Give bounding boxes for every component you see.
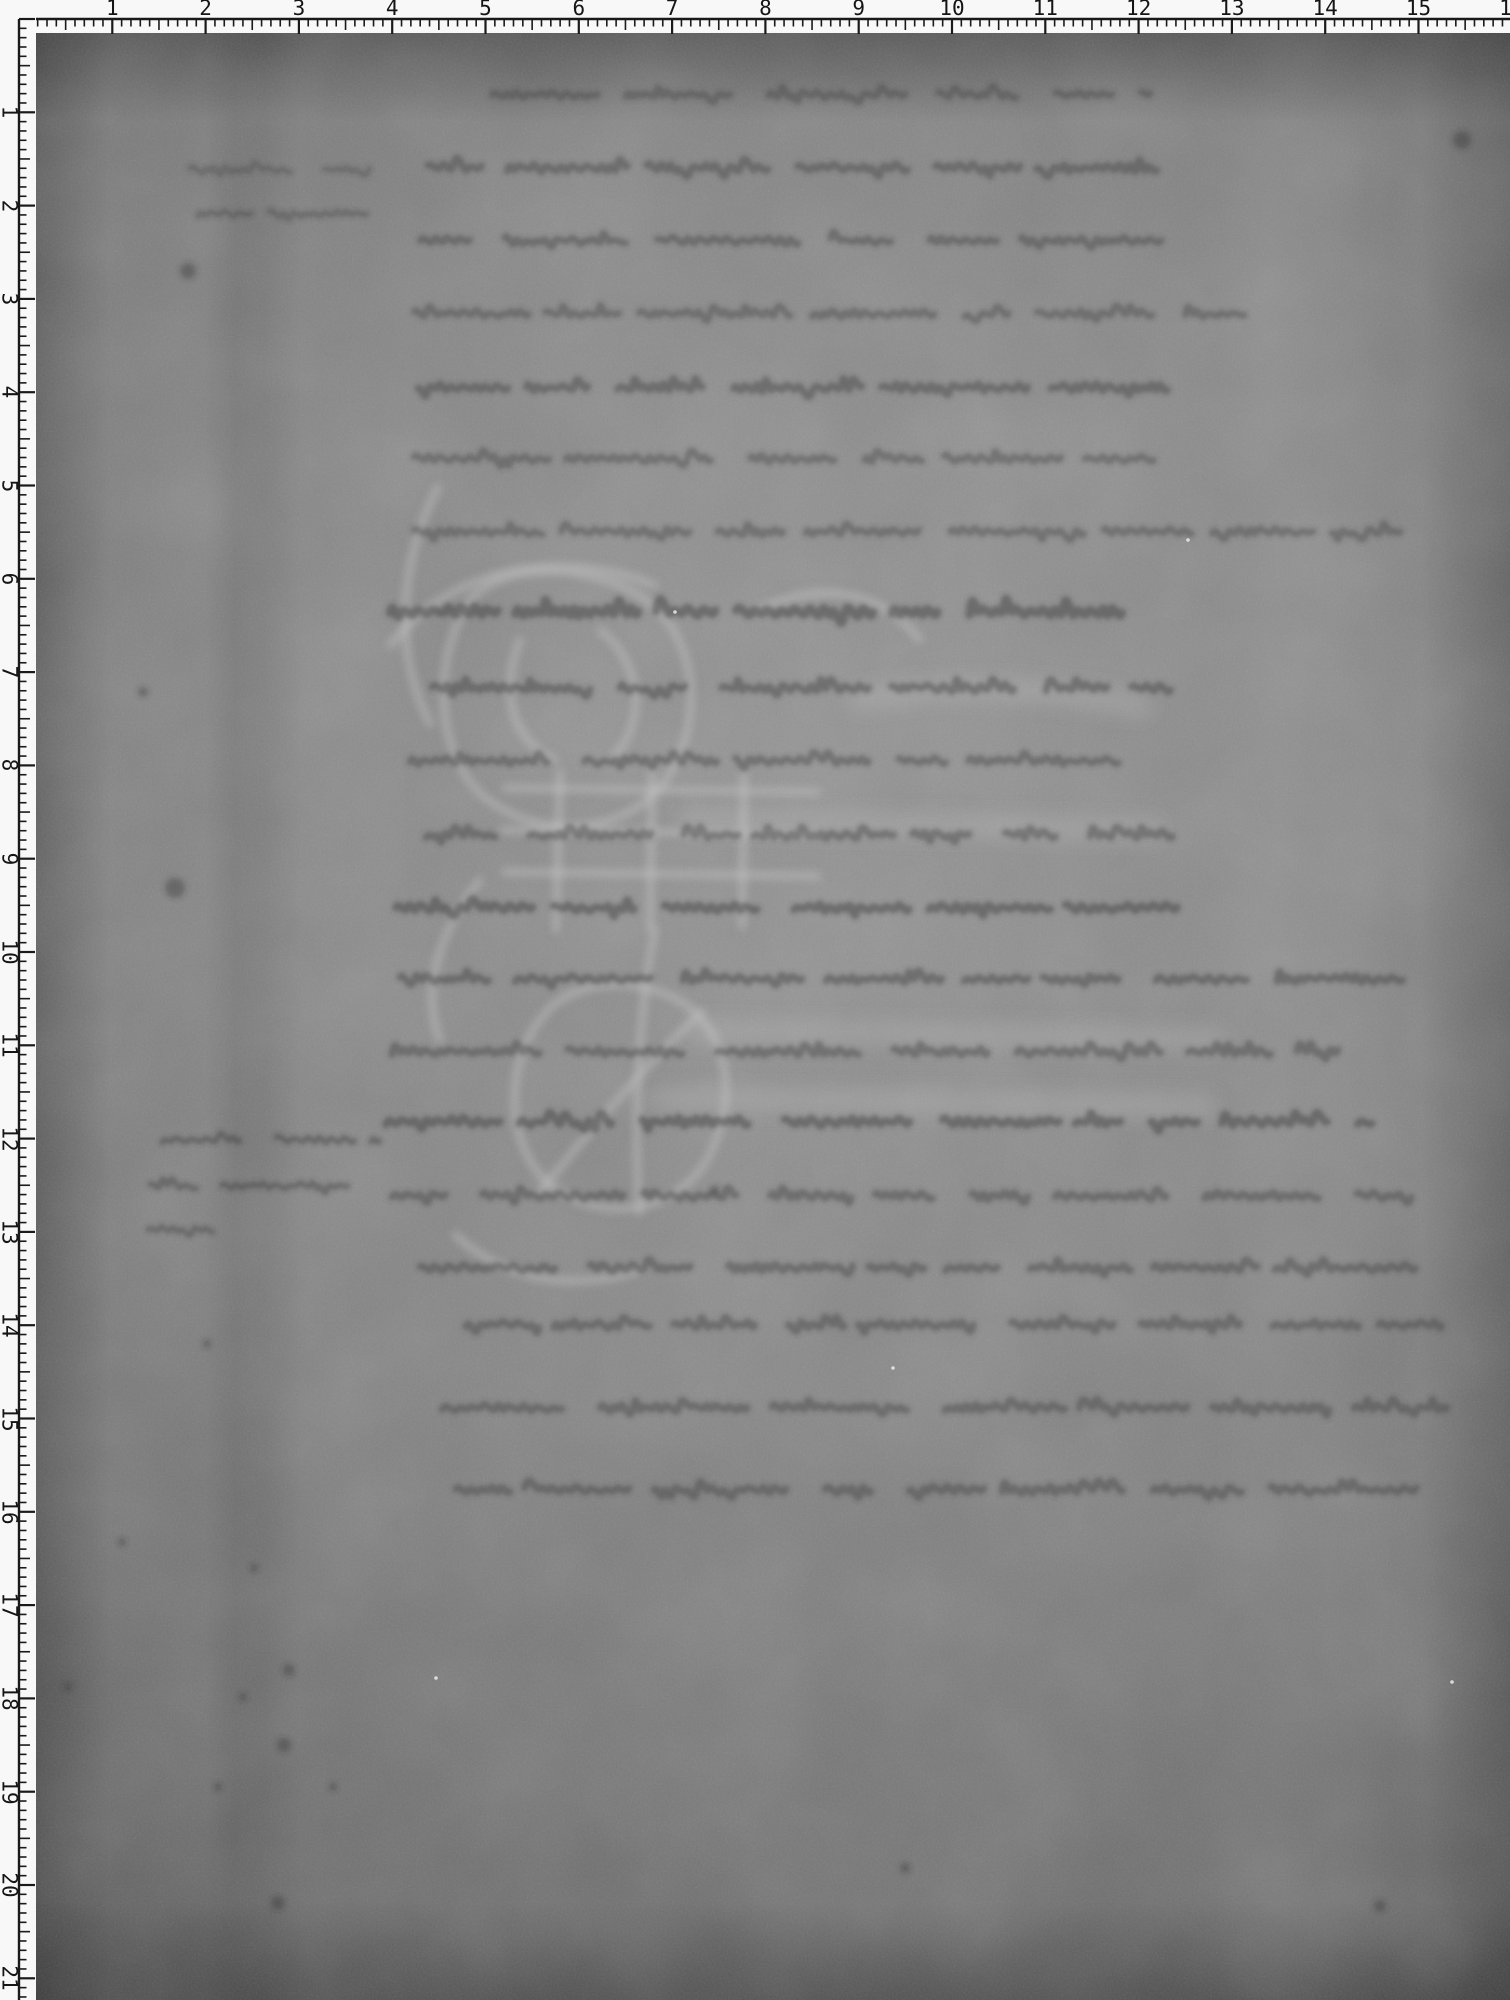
ink-spot: [1453, 131, 1471, 149]
ruler-left-cm-label: 7: [1, 666, 18, 679]
ink-spot: [283, 1664, 295, 1676]
ruler-left: 123456789101112131415161718192021: [0, 0, 36, 2000]
dust-speck: [673, 610, 677, 614]
ruler-top-cm-label: 13: [1219, 0, 1244, 17]
paper-grain-texture: [36, 33, 1510, 2000]
scan-viewport: 012345678910111213141516 123456789101112…: [0, 0, 1510, 2000]
ink-spot: [118, 1538, 126, 1546]
ink-spot: [277, 1738, 291, 1752]
ruler-top-cm-label: 6: [572, 0, 585, 17]
ruler-left-cm-label: 10: [1, 939, 18, 964]
ruler-top-ticks: [0, 0, 1510, 33]
watermark-stroke: [505, 872, 818, 876]
ruler-top-cm-label: 1: [106, 0, 119, 17]
ruler-left-cm-label: 8: [1, 759, 18, 772]
ruler-top-cm-label: 16: [1499, 0, 1510, 17]
ruler-left-cm-label: 14: [1, 1313, 18, 1338]
ink-spot: [180, 263, 196, 279]
ink-spot: [203, 1340, 211, 1348]
ruler-left-cm-label: 19: [1, 1779, 18, 1804]
ruler-left-cm-label: 6: [1, 572, 18, 585]
ruler-top-cm-label: 10: [939, 0, 964, 17]
ruler-left-cm-label: 13: [1, 1219, 18, 1244]
ink-spot: [214, 1783, 222, 1791]
dust-speck: [434, 1676, 438, 1680]
ruler-top-cm-label: 14: [1313, 0, 1338, 17]
watermark-stroke: [505, 788, 818, 792]
ruler-left-cm-label: 9: [1, 852, 18, 865]
ruler-left-cm-label: 17: [1, 1592, 18, 1617]
ruler-top-cm-label: 8: [759, 0, 772, 17]
ruler-left-cm-label: 21: [1, 1966, 18, 1991]
ink-spot: [64, 1683, 72, 1691]
ruler-top-cm-label: 12: [1126, 0, 1151, 17]
ink-spot: [138, 687, 148, 697]
ruler-left-cm-label: 15: [1, 1406, 18, 1431]
ruler-top-cm-label: 3: [293, 0, 306, 17]
ruler-top-cm-label: 11: [1033, 0, 1058, 17]
ruler-left-cm-label: 16: [1, 1499, 18, 1524]
ruler-top-cm-label: 9: [852, 0, 865, 17]
ink-spot: [710, 1185, 720, 1195]
ruler-top: 012345678910111213141516: [0, 0, 1510, 33]
page-content-svg: [36, 33, 1510, 2000]
dust-speck: [891, 1366, 895, 1370]
ruler-top-cm-label: 5: [479, 0, 492, 17]
ruler-left-cm-label: 3: [1, 293, 18, 306]
ruler-left-cm-label: 2: [1, 199, 18, 212]
ruler-left-cm-label: 12: [1, 1126, 18, 1151]
dust-speck: [1186, 538, 1190, 542]
ruler-left-cm-label: 5: [1, 479, 18, 492]
ruler-left-cm-label: 18: [1, 1686, 18, 1711]
light-smear: [690, 820, 1150, 830]
dust-speck: [1450, 1680, 1454, 1684]
ruler-left-cm-label: 11: [1, 1033, 18, 1058]
light-smear: [700, 1030, 1215, 1040]
ink-spot: [239, 1693, 247, 1701]
ink-spot: [271, 1896, 285, 1910]
light-smear: [660, 1098, 1205, 1106]
ink-spot: [329, 1783, 337, 1791]
watermark-stroke: [650, 770, 652, 928]
manuscript-page: [36, 33, 1510, 2000]
ink-spot: [250, 1564, 258, 1572]
ruler-top-cm-label: 2: [199, 0, 212, 17]
ink-spot: [900, 1863, 910, 1873]
ruler-top-cm-label: 15: [1406, 0, 1431, 17]
ink-spot: [1374, 1900, 1386, 1912]
ruler-top-cm-label: 4: [386, 0, 399, 17]
ruler-left-cm-label: 4: [1, 386, 18, 399]
ink-spot: [165, 878, 185, 898]
ruler-top-cm-label: 7: [666, 0, 679, 17]
ruler-left-cm-label: 20: [1, 1872, 18, 1897]
ruler-left-cm-label: 1: [1, 106, 18, 119]
